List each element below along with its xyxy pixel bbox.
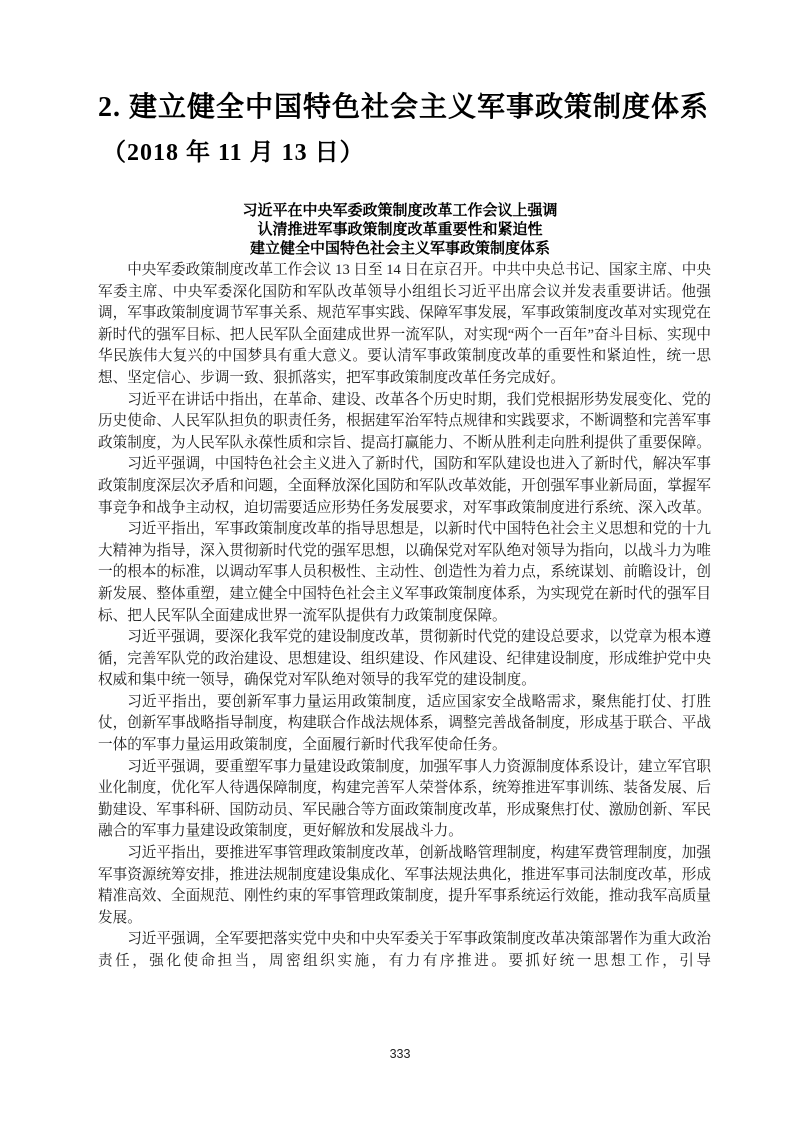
paragraph-9: 习近平强调，全军要把落实党中央和中央军委关于军事政策制度改革决策部署作为重大政治… [98, 929, 711, 972]
paragraph-2: 习近平在讲话中指出，在革命、建设、改革各个历史时期，我们党根据形势发展变化、党的… [98, 390, 711, 455]
headline-line-2: 认清推进军事政策制度改革重要性和紧迫性 [0, 220, 800, 239]
article-body: 中央军委政策制度改革工作会议 13 日至 14 日在京召开。中共中央总书记、国家… [98, 260, 711, 973]
document-title: 2. 建立健全中国特色社会主义军事政策制度体系 （2018 年 11 月 13 … [98, 88, 709, 170]
document-title-date: （2018 年 11 月 13 日） [102, 136, 709, 170]
paragraph-3: 习近平强调，中国特色社会主义进入了新时代，国防和军队建设也进入了新时代，解决军事… [98, 454, 711, 519]
paragraph-6: 习近平指出，要创新军事力量运用政策制度，适应国家安全战略需求，聚焦能打仗、打胜仗… [98, 692, 711, 757]
paragraph-4: 习近平指出，军事政策制度改革的指导思想是，以新时代中国特色社会主义思想和党的十九… [98, 519, 711, 627]
article-headline: 习近平在中央军委政策制度改革工作会议上强调 认清推进军事政策制度改革重要性和紧迫… [0, 201, 800, 258]
paragraph-8: 习近平指出，要推进军事管理政策制度改革，创新战略管理制度，构建军费管理制度，加强… [98, 843, 711, 929]
page-number: 333 [0, 1046, 800, 1062]
headline-line-1: 习近平在中央军委政策制度改革工作会议上强调 [0, 201, 800, 220]
paragraph-5: 习近平强调，要深化我军党的建设制度改革，贯彻新时代党的建设总要求，以党章为根本遵… [98, 627, 711, 692]
document-page: 2. 建立健全中国特色社会主义军事政策制度体系 （2018 年 11 月 13 … [0, 0, 800, 1133]
paragraph-7: 习近平强调，要重塑军事力量建设政策制度，加强军事人力资源制度体系设计，建立军官职… [98, 757, 711, 843]
headline-line-3: 建立健全中国特色社会主义军事政策制度体系 [0, 239, 800, 258]
paragraph-1: 中央军委政策制度改革工作会议 13 日至 14 日在京召开。中共中央总书记、国家… [98, 260, 711, 390]
document-title-text: 2. 建立健全中国特色社会主义军事政策制度体系 [98, 88, 709, 128]
